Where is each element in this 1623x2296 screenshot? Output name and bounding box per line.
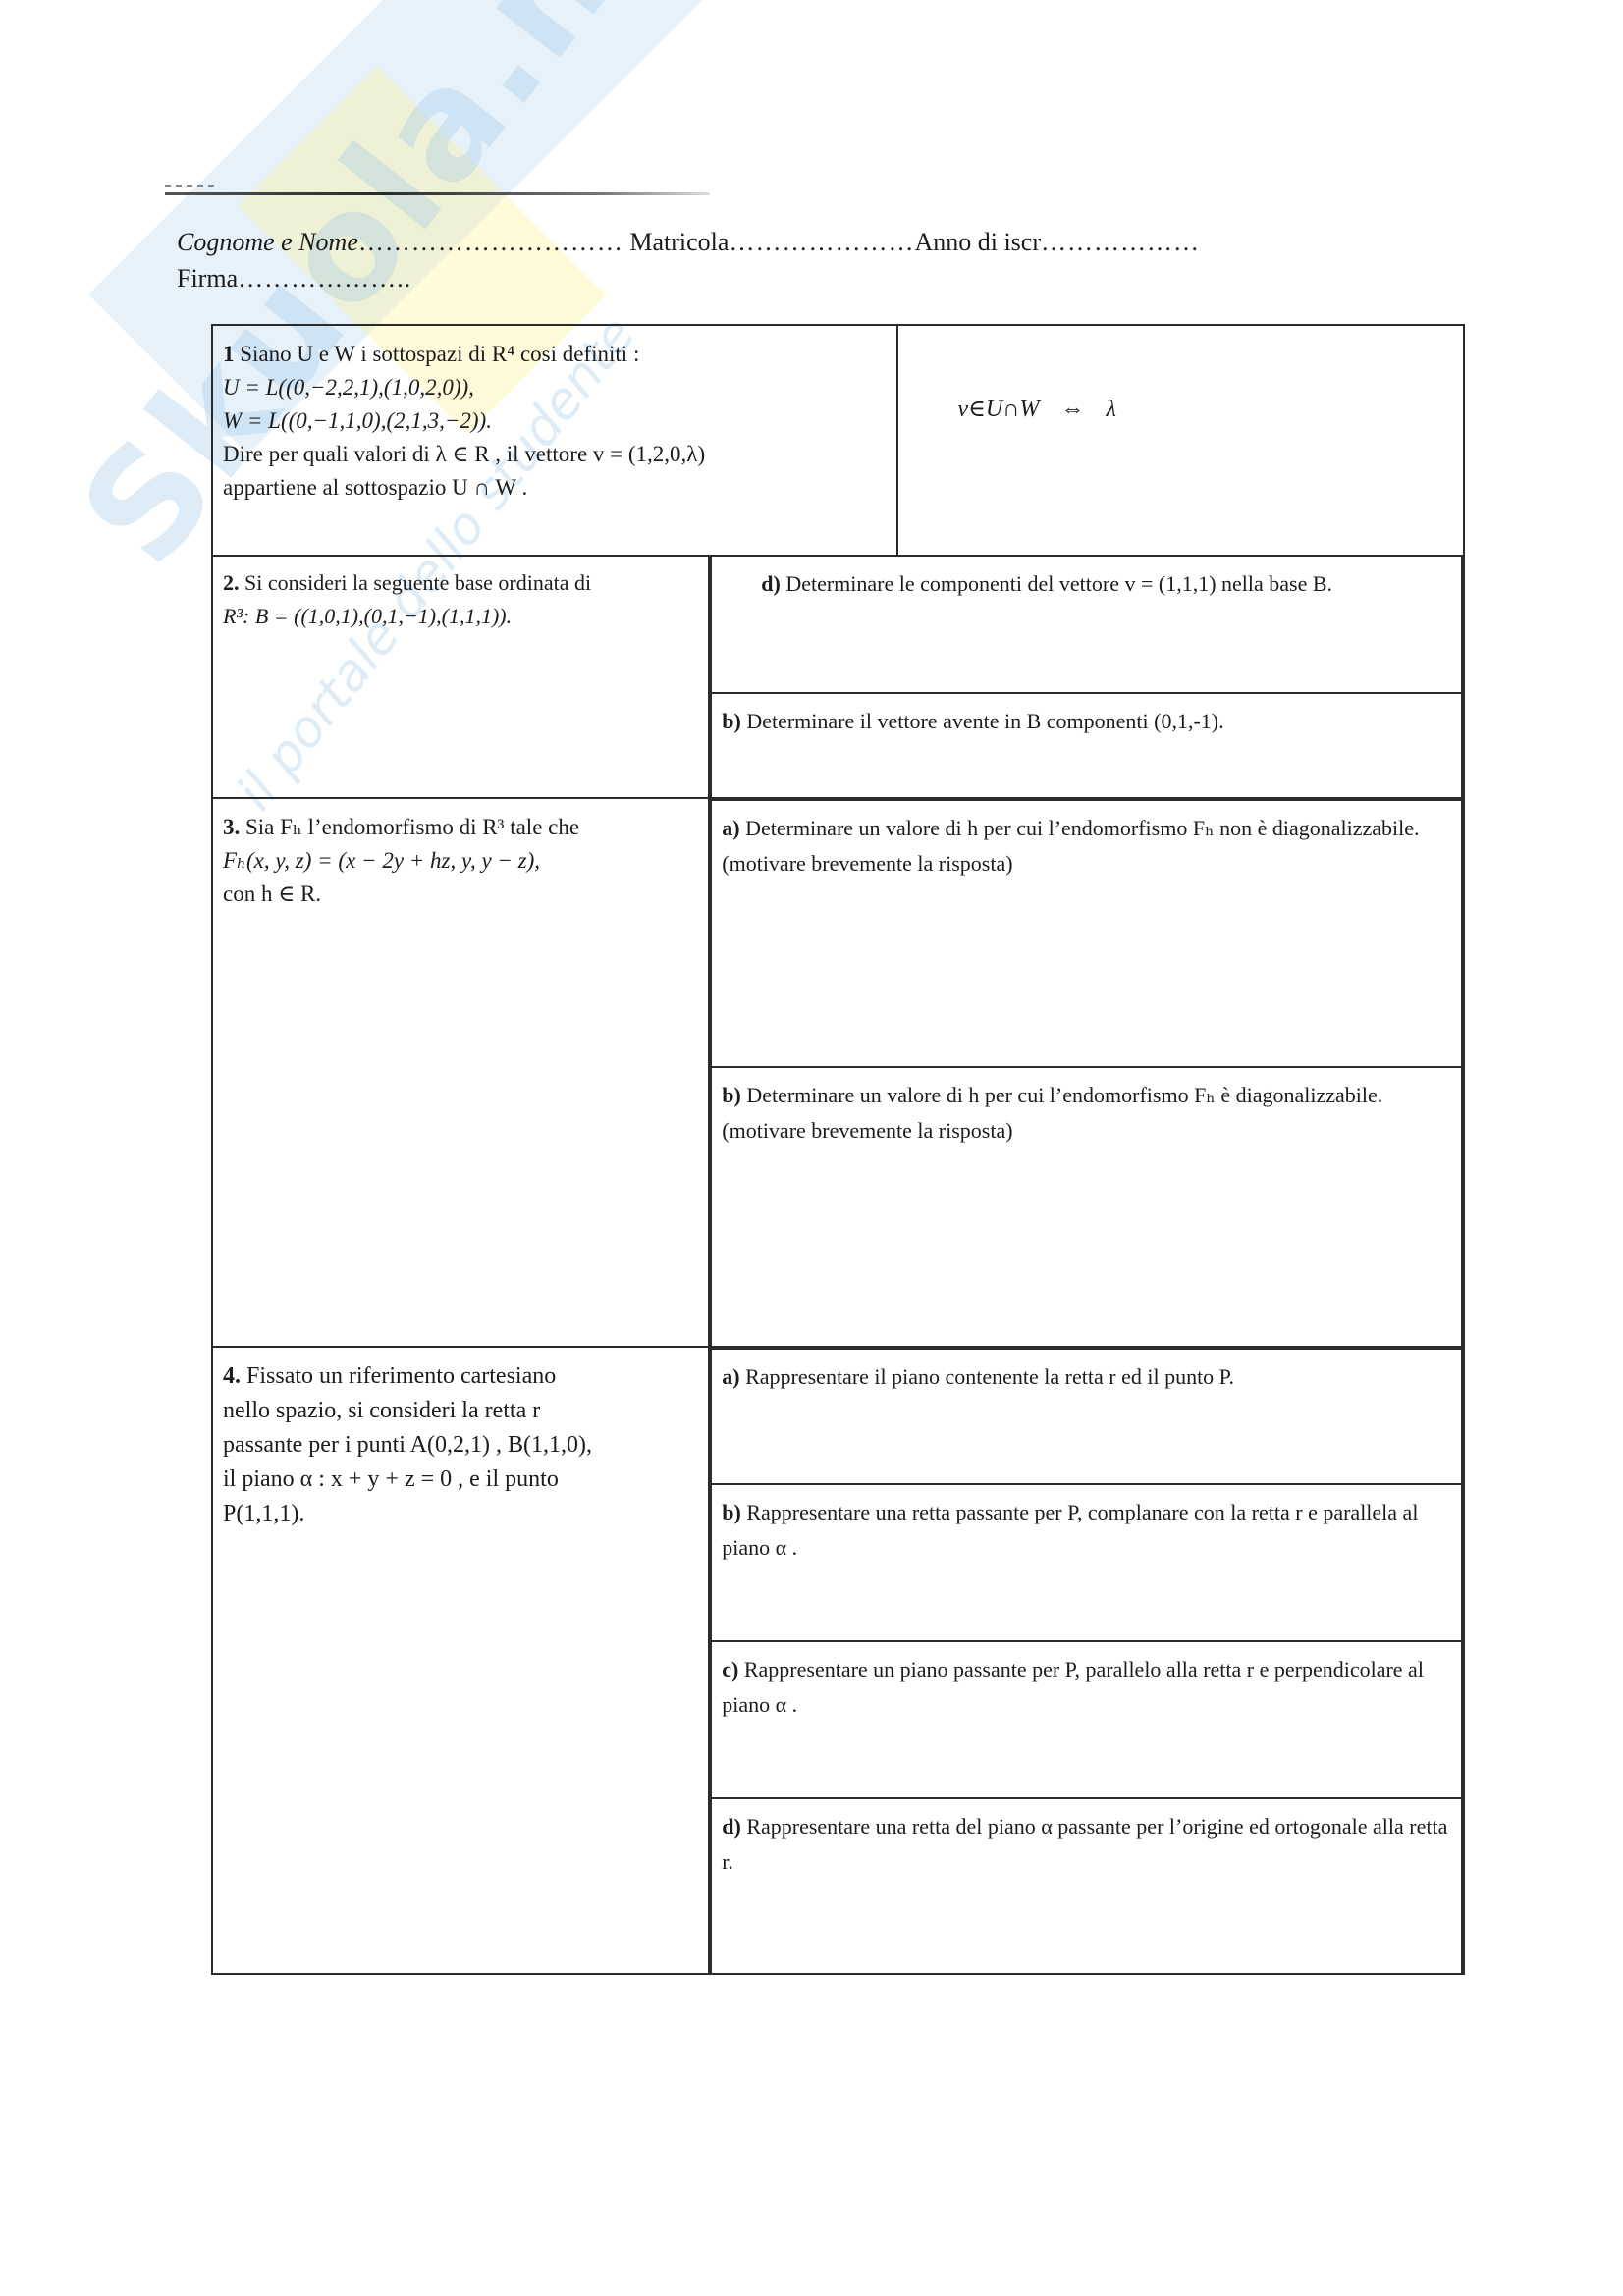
q3-part-a-answer-area[interactable]: a) Determinare un valore di h per cui l’… [711,800,1462,1067]
q4-part-d: d) Rappresentare una retta del piano α p… [711,1798,1462,1973]
q4-line-5: P(1,1,1). [223,1497,698,1531]
q2-part-b: b) Determinare il vettore avente in B co… [711,693,1462,797]
q1-line-3: W = L((0,−1,1,0),(2,1,3,−2)). [223,404,881,438]
q3-line-1: 3. Sia Fₕ l’endomorfismo di R³ tale che [223,811,698,844]
q3-part-a-text: Determinare un valore di h per cui l’end… [722,816,1419,876]
q4-line-2: nello spazio, si consideri la retta r [223,1394,698,1428]
name-label: Cognome e Nome [177,228,358,256]
student-info-header: Cognome e Nome………………………… Matricola………………… [177,224,1200,296]
q1-line-5: appartiene al sottospazio U ∩ W . [223,471,881,505]
header-line-2: Firma……………….. [177,260,1200,296]
q2-part-d-text: Determinare le componenti del vettore v … [785,571,1332,596]
exam-table: 1 Siano U e W i sottospazi di R⁴ cosi de… [211,324,1465,557]
q2-part-d-answer-area[interactable]: d) Determinare le componenti del vettore… [711,556,1462,693]
header-line-1: Cognome e Nome………………………… Matricola………………… [177,224,1200,260]
q2-line-2: R³: B = ((1,0,1),(0,1,−1),(1,1,1)). [223,600,698,633]
q4-part-c-label: c) [722,1657,738,1682]
q2-part-b-label: b) [722,709,741,733]
q4-line-4: il piano α : x + y + z = 0 , e il punto [223,1463,698,1497]
question-1-text-cell: 1 Siano U e W i sottospazi di R⁴ cosi de… [212,325,897,556]
q4-part-b-text: Rappresentare una retta passante per P, … [722,1500,1418,1560]
q4-part-c-text: Rappresentare un piano passante per P, p… [722,1657,1424,1717]
q2-part-d: d) Determinare le componenti del vettore… [711,556,1462,693]
q4-part-b-answer-area[interactable]: b) Rappresentare una retta passante per … [711,1484,1462,1641]
q1-line-4: Dire per quali valori di λ ∈ R , il vett… [223,438,881,471]
anno-field[interactable]: ……………… [1041,228,1200,256]
q4-part-c: c) Rappresentare un piano passante per P… [711,1641,1462,1798]
question-2-row: 2. Si consideri la seguente base ordinat… [212,555,1464,798]
q4-part-a-answer-area[interactable]: a) Rappresentare il piano contenente la … [711,1349,1462,1484]
question-4-row: 4. Fissato un riferimento cartesiano nel… [212,1347,1464,1974]
q4-part-d-text: Rappresentare una retta del piano α pass… [722,1814,1447,1874]
q4-line-3: passante per i punti A(0,2,1) , B(1,1,0)… [223,1428,698,1463]
question-4-text-cell: 4. Fissato un riferimento cartesiano nel… [212,1347,709,1974]
question-3-parts-cell: a) Determinare un valore di h per cui l’… [709,798,1464,1347]
question-2-text-cell: 2. Si consideri la seguente base ordinat… [212,555,709,798]
q1-line-1: 1 Siano U e W i sottospazi di R⁴ cosi de… [223,338,881,371]
q4-part-d-answer-area[interactable]: d) Rappresentare una retta del piano α p… [711,1798,1462,1973]
q2-part-b-text: Determinare il vettore avente in B compo… [746,709,1223,733]
q4-line-1: 4. Fissato un riferimento cartesiano [223,1360,698,1394]
q3-part-b-text: Determinare un valore di h per cui l’end… [722,1083,1382,1143]
exam-table-lower: 2. Si consideri la seguente base ordinat… [211,555,1465,1975]
question-1-answer-cell[interactable]: v∈U∩W⇔λ [897,325,1464,556]
q2-line-1: 2. Si consideri la seguente base ordinat… [223,566,698,600]
matricola-label: Matricola [629,228,729,256]
q4-part-b: b) Rappresentare una retta passante per … [711,1484,1462,1641]
top-rule-dash [165,185,214,188]
q3-part-b-label: b) [722,1083,741,1107]
firma-label: Firma [177,264,238,293]
question-3-text-cell: 3. Sia Fₕ l’endomorfismo di R³ tale che … [212,798,709,1347]
q4-part-b-label: b) [722,1500,741,1524]
q1-line-2: U = L((0,−2,2,1),(1,0,2,0)), [223,371,881,404]
matricola-field[interactable]: ………………… [729,228,914,256]
question-2-parts-cell: d) Determinare le componenti del vettore… [709,555,1464,798]
q2-part-b-answer-area[interactable]: b) Determinare il vettore avente in B co… [711,693,1462,797]
q4-part-c-answer-area[interactable]: c) Rappresentare un piano passante per P… [711,1641,1462,1798]
q3-part-a-label: a) [722,816,739,840]
q3-part-a: a) Determinare un valore di h per cui l’… [711,800,1462,1067]
name-field[interactable]: ………………………… [358,228,623,256]
q3-part-b: b) Determinare un valore di h per cui l’… [711,1067,1462,1346]
q4-part-d-label: d) [722,1814,741,1839]
q3-line-3: con h ∈ R. [223,878,698,911]
q4-part-a-text: Rappresentare il piano contenente la ret… [745,1364,1234,1389]
q1-answer-prompt: v∈U∩W⇔λ [898,326,1463,423]
q3-part-b-answer-area[interactable]: b) Determinare un valore di h per cui l’… [711,1067,1462,1346]
q4-part-a: a) Rappresentare il piano contenente la … [711,1349,1462,1484]
question-4-parts-cell: a) Rappresentare il piano contenente la … [709,1347,1464,1974]
q3-line-2: Fₕ(x, y, z) = (x − 2y + hz, y, y − z), [223,844,698,878]
q2-part-d-label: d) [761,571,781,596]
question-3-row: 3. Sia Fₕ l’endomorfismo di R³ tale che … [212,798,1464,1347]
firma-field[interactable]: ……………….. [238,264,411,293]
question-1-row: 1 Siano U e W i sottospazi di R⁴ cosi de… [212,325,1464,556]
anno-label: Anno di iscr [914,228,1041,256]
top-rule [165,192,710,195]
q4-part-a-label: a) [722,1364,739,1389]
